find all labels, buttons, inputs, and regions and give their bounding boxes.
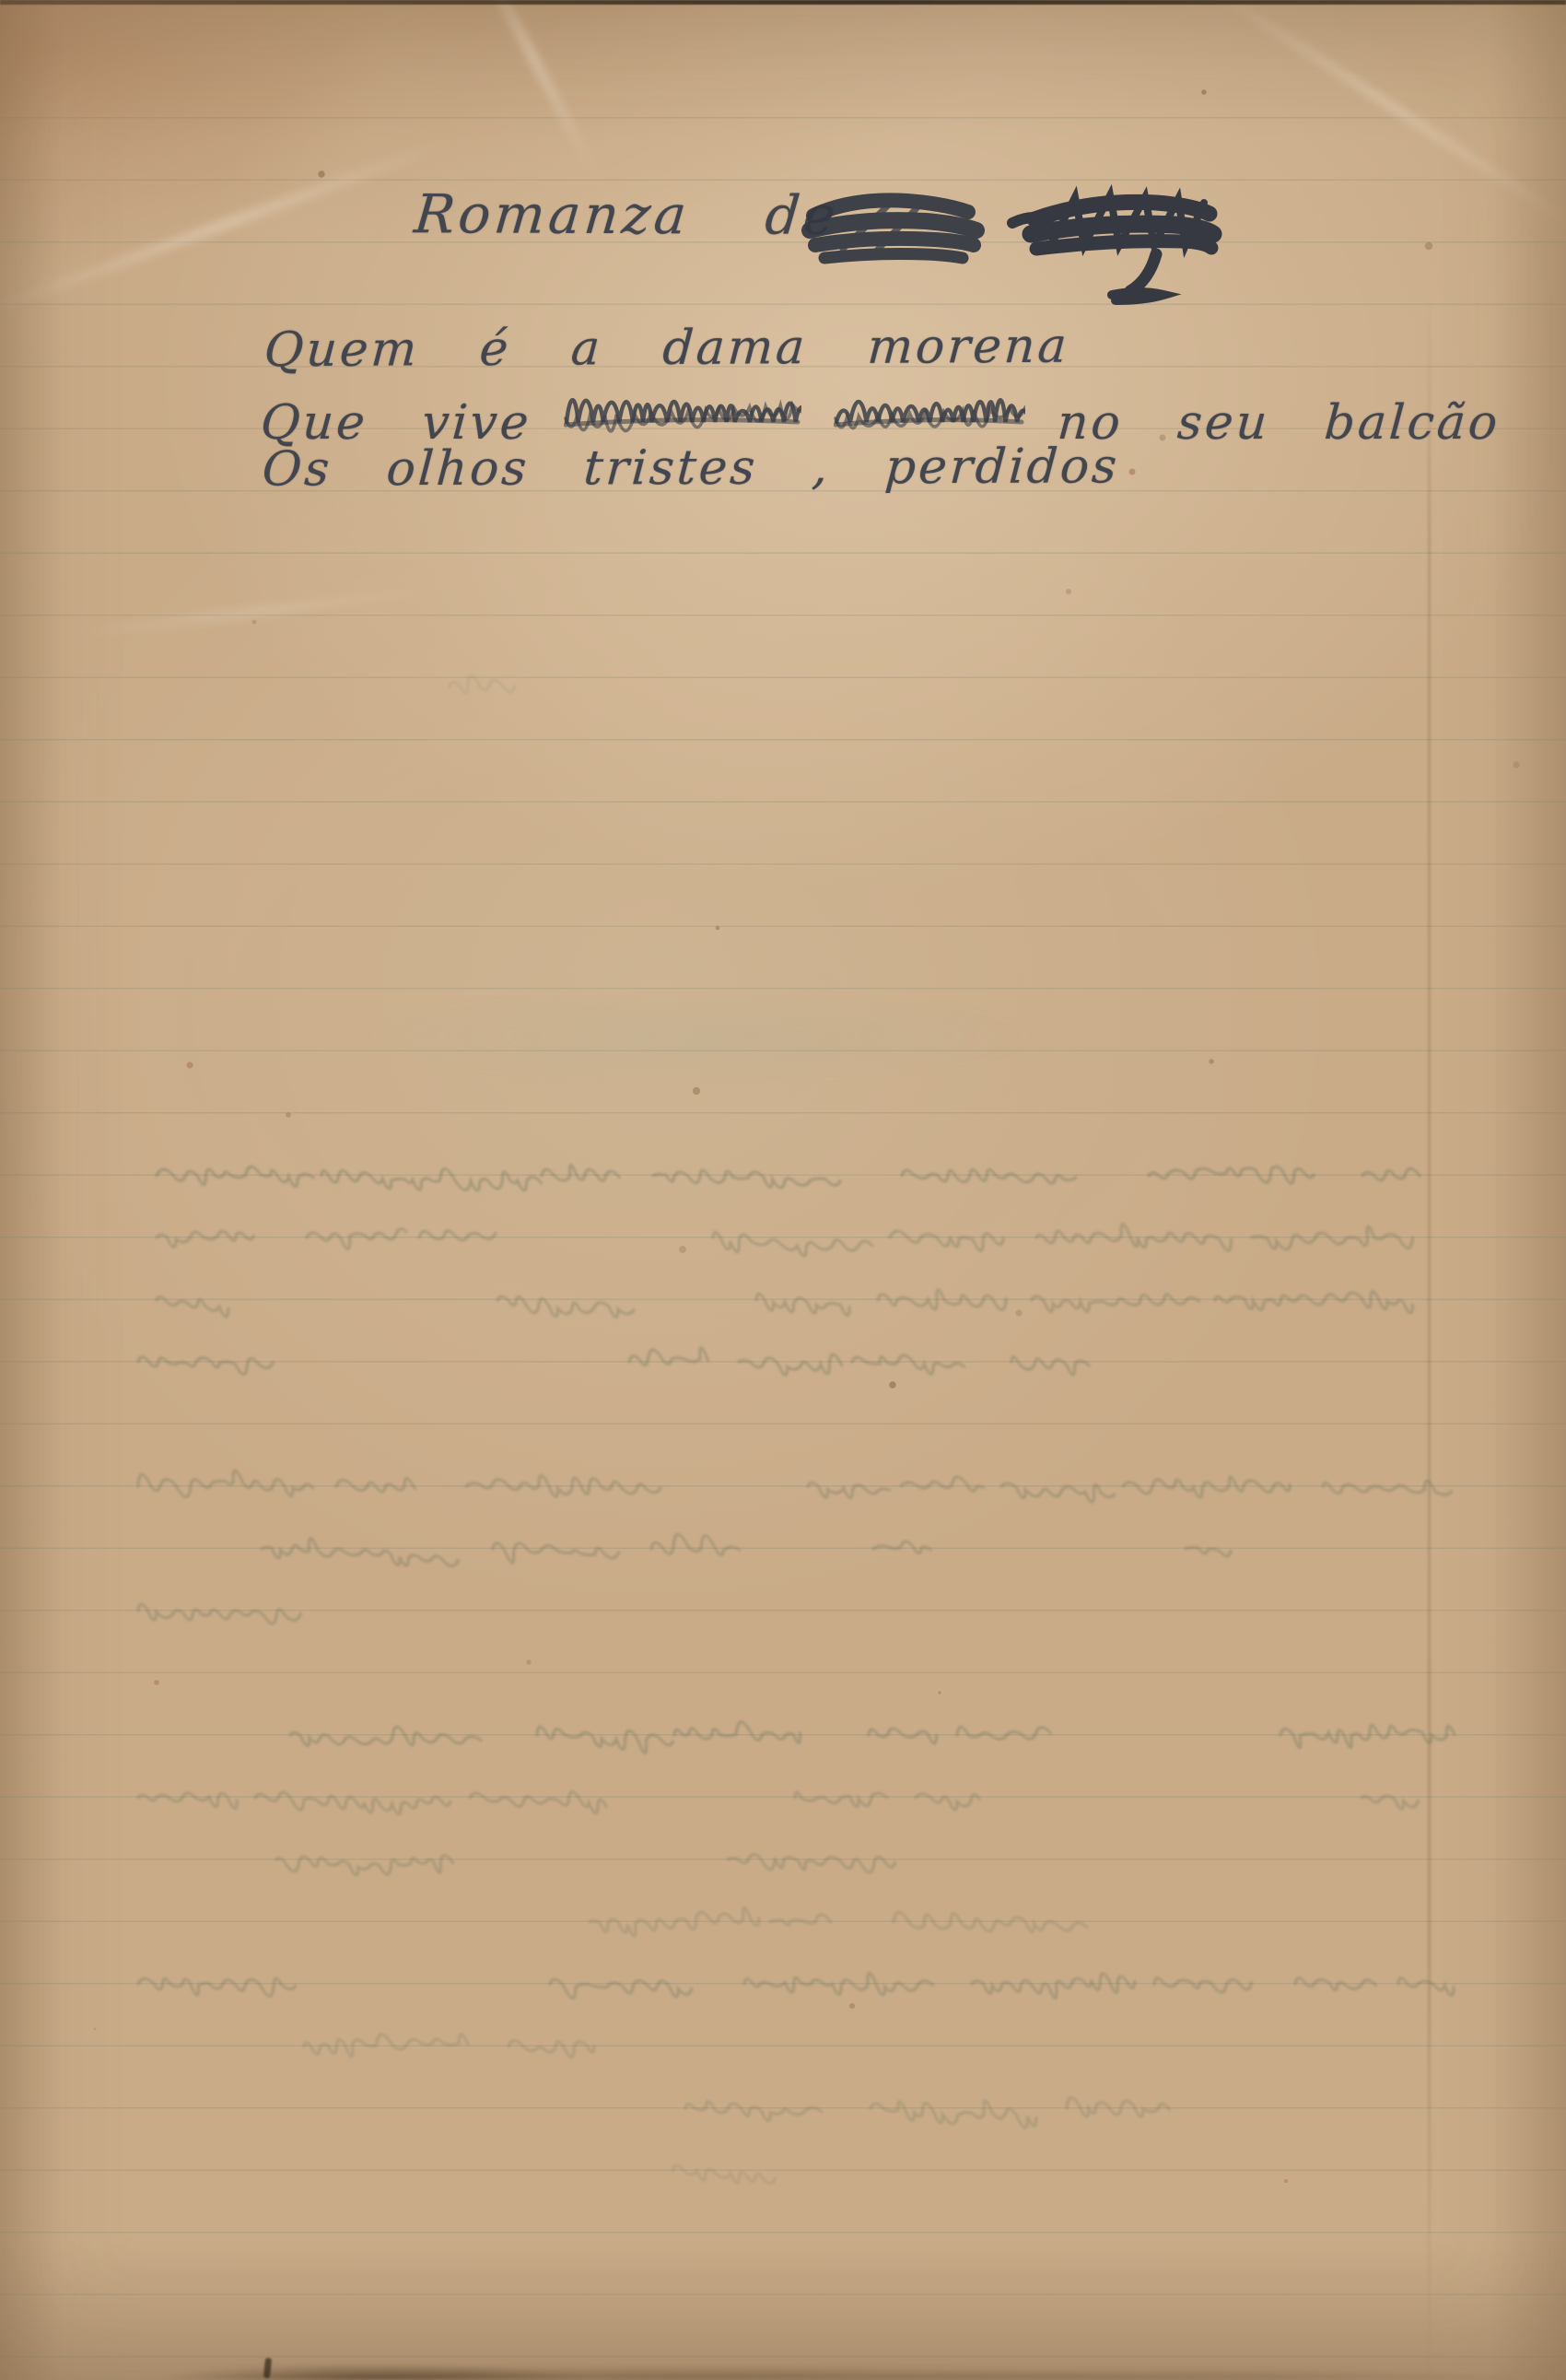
poem-line-3: Os olhos tristes , perdidos bbox=[261, 440, 1121, 496]
scratched-out-word-2 bbox=[1012, 195, 1213, 300]
scan-edge-top bbox=[0, 0, 1566, 5]
title-text: Romanza de bbox=[412, 185, 841, 245]
scrawled-out-word-1 bbox=[564, 381, 801, 446]
title-scribbles bbox=[788, 177, 1248, 315]
poem-line-2-end: no seu balcão bbox=[1056, 397, 1502, 450]
scrawled-out-word-2 bbox=[834, 381, 1025, 446]
scan-edge-bottom bbox=[0, 2352, 1566, 2380]
poem-line-1: Quem é a dama morena bbox=[263, 321, 1070, 378]
scratched-out-word-1 bbox=[810, 200, 976, 258]
manuscript-page: Romanza de Quem é a dama morena Que vive… bbox=[0, 0, 1566, 2380]
